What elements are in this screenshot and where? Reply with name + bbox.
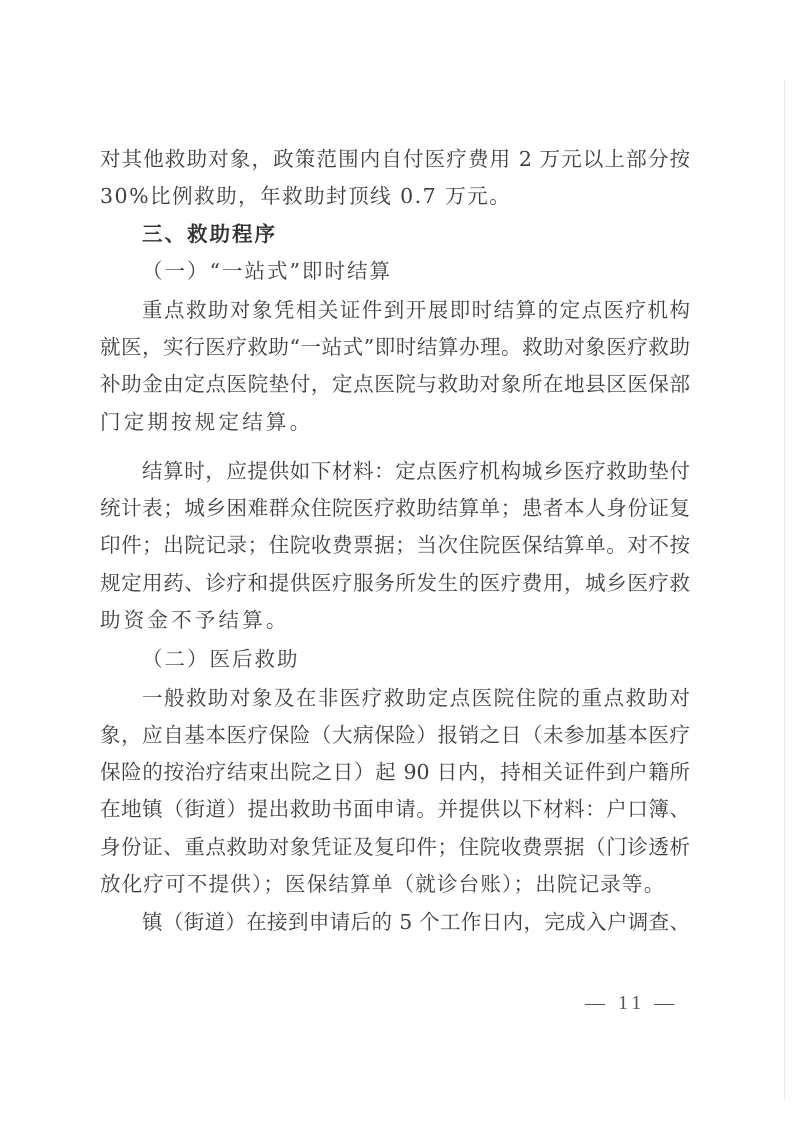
body-line: 对其他救助对象，政策范围内自付医疗费用 2 万元以上部分按 [100,146,690,172]
scan-edge-line [784,80,785,1100]
document-page: 对其他救助对象，政策范围内自付医疗费用 2 万元以上部分按 30%比例救助，年救… [0,0,793,1121]
body-line: 一般救助对象及在非医疗救助定点医院住院的重点救助对 [142,685,690,711]
body-line: 统计表；城乡困难群众住院医疗救助结算单；患者本人身份证复 [100,495,690,521]
body-line: 印件；出院记录；住院收费票据；当次住院医保结算单。对不按 [100,532,690,558]
body-line: 结算时，应提供如下材料：定点医疗机构城乡医疗救助垫付 [142,458,690,484]
body-line: 在地镇（街道）提出救助书面申请。并提供以下材料：户口簿、 [100,796,690,822]
body-line: 规定用药、诊疗和提供医疗服务所发生的医疗费用，城乡医疗救 [100,570,690,596]
subsection-heading: （二）医后救助 [142,646,690,672]
body-line: 门定期按规定结算。 [100,409,690,435]
body-line: 就医，实行医疗救助“一站式”即时结算办理。救助对象医疗救助 [100,334,690,360]
section-heading: 三、救助程序 [142,221,690,247]
body-line: 重点救助对象凭相关证件到开展即时结算的定点医疗机构 [142,297,690,323]
body-line: 象，应自基本医疗保险（大病保险）报销之日（未参加基本医疗 [100,722,690,748]
subsection-heading: （一）“一站式”即时结算 [142,258,690,284]
body-line: 身份证、重点救助对象凭证及复印件；住院收费票据（门诊透析 [100,834,690,860]
page-number: — 11 — [585,992,678,1015]
body-line: 补助金由定点医院垫付，定点医院与救助对象所在地县区医保部 [100,371,690,397]
body-line: 助资金不予结算。 [100,607,690,633]
body-line: 30%比例救助，年救助封顶线 0.7 万元。 [100,183,690,209]
body-line: 保险的按治疗结束出院之日）起 90 日内，持相关证件到户籍所 [100,759,690,785]
body-line: 放化疗可不提供）；医保结算单（就诊台账）；出院记录等。 [100,871,690,897]
body-line: 镇（街道）在接到申请后的 5 个工作日内，完成入户调查、 [142,909,690,935]
